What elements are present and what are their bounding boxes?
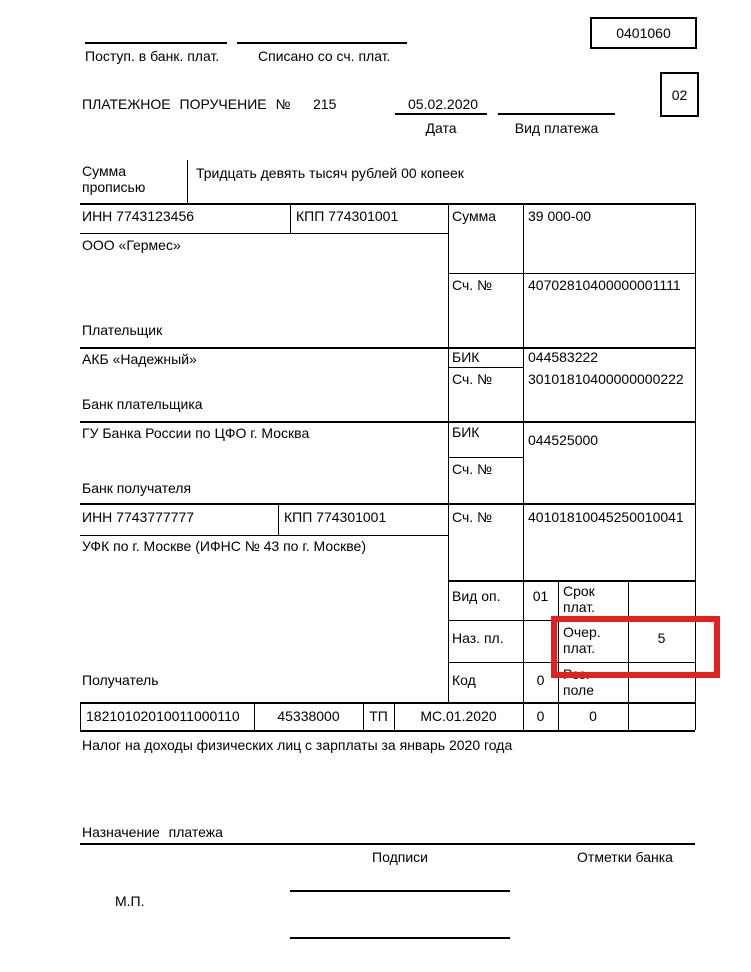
oktmo-value: 45338000 <box>254 708 363 724</box>
payment-basis-value: ТП <box>363 708 394 724</box>
purpose-text: Налог на доходы физических лиц с зарплат… <box>82 737 512 753</box>
tax-period-value: МС.01.2020 <box>394 708 523 724</box>
signature-line <box>290 937 510 939</box>
document-date: 05.02.2020 <box>408 96 478 112</box>
receipt-date-line <box>85 42 227 44</box>
sum-label: Сумма <box>452 208 496 224</box>
document-number: 215 <box>313 96 336 112</box>
payee-name: УФК по г. Москве (ИФНС № 43 по г. Москве… <box>82 538 366 554</box>
grid-line <box>80 233 448 234</box>
bank-marks-label: Отметки банка <box>560 849 690 865</box>
grid-line <box>448 580 695 582</box>
payer-account-value: 40702810400000001111 <box>528 277 681 293</box>
priority-highlight-box <box>551 616 720 678</box>
grid-line <box>80 730 695 732</box>
purpose-label: Назначение платежа <box>82 824 223 840</box>
payer-bank-bik-value: 044583222 <box>528 349 598 365</box>
payer-bank-account-value: 30101810400000000222 <box>528 371 684 387</box>
receipt-label: Поступ. в банк. плат. <box>85 48 219 64</box>
grid-line <box>80 503 695 505</box>
payer-account-label: Сч. № <box>452 277 492 293</box>
payer-bank-bik-label: БИК <box>452 349 479 365</box>
payment-order-form: 0401060 02 Поступ. в банк. плат. Списано… <box>0 0 751 972</box>
stamp-label: М.П. <box>115 893 145 909</box>
grid-line <box>80 702 695 704</box>
grid-line <box>290 203 291 233</box>
payer-section-label: Плательщик <box>82 322 162 338</box>
payer-bank-account-label: Сч. № <box>452 371 492 387</box>
grid-line <box>80 347 695 349</box>
tax-doc-number-value: 0 <box>523 708 558 724</box>
grid-line <box>80 702 81 730</box>
signatures-label: Подписи <box>330 849 470 865</box>
payer-bank-name: АКБ «Надежный» <box>82 351 197 367</box>
payer-kpp: КПП 774301001 <box>296 208 398 224</box>
payee-account-label: Сч. № <box>452 509 492 525</box>
grid-line <box>523 203 524 730</box>
payment-kind-label: Вид платежа <box>498 120 615 136</box>
payer-inn: ИНН 7743123456 <box>82 208 194 224</box>
amount-words-divider <box>187 160 188 203</box>
kbk-value: 18210102010011000110 <box>86 708 240 724</box>
document-title: ПЛАТЕЖНОЕ ПОРУЧЕНИЕ № <box>82 96 291 112</box>
date-underline <box>395 113 487 115</box>
purpose-code-label: Наз. пл. <box>452 630 504 646</box>
debit-date-line <box>237 42 407 44</box>
payee-kpp: КПП 774301001 <box>284 509 386 525</box>
grid-line <box>80 421 695 423</box>
payee-bank-section-label: Банк получателя <box>82 480 191 496</box>
amount-words-value: Тридцать девять тысяч рублей 00 копеек <box>196 165 464 181</box>
sum-value: 39 000-00 <box>528 208 591 224</box>
grid-line <box>80 203 695 205</box>
payee-bank-bik-label: БИК <box>452 424 479 440</box>
status-code-box: 02 <box>660 72 699 117</box>
payee-section-label: Получатель <box>82 672 159 688</box>
grid-line <box>278 503 279 535</box>
date-label: Дата <box>395 120 487 136</box>
payee-bank-name: ГУ Банка России по ЦФО г. Москва <box>82 425 309 441</box>
due-date-label: Срок плат. <box>563 583 623 615</box>
grid-line <box>448 367 523 368</box>
debit-label: Списано со сч. плат. <box>258 48 390 64</box>
payer-name: ООО «Гермес» <box>82 237 181 253</box>
payee-bank-bik-value: 044525000 <box>528 432 598 448</box>
payment-kind-underline <box>498 113 615 115</box>
code-label: Код <box>452 672 476 688</box>
payee-inn: ИНН 7743777777 <box>82 509 194 525</box>
purpose-bottom-line <box>80 843 695 845</box>
status-code: 02 <box>672 87 688 103</box>
amount-words-label: Сумма прописью <box>82 163 162 195</box>
form-code: 0401060 <box>616 25 671 41</box>
op-kind-value: 01 <box>523 588 558 604</box>
grid-line <box>80 535 448 536</box>
grid-line <box>448 203 449 702</box>
payer-bank-section-label: Банк плательщика <box>82 396 203 412</box>
tax-doc-date-value: 0 <box>558 708 628 724</box>
signature-line <box>290 890 510 892</box>
payee-account-value: 40101810045250010041 <box>528 509 684 525</box>
grid-line <box>448 457 523 458</box>
form-code-box: 0401060 <box>590 17 697 49</box>
op-kind-label: Вид оп. <box>452 588 500 604</box>
payee-bank-account-label: Сч. № <box>452 461 492 477</box>
grid-line <box>448 273 695 274</box>
